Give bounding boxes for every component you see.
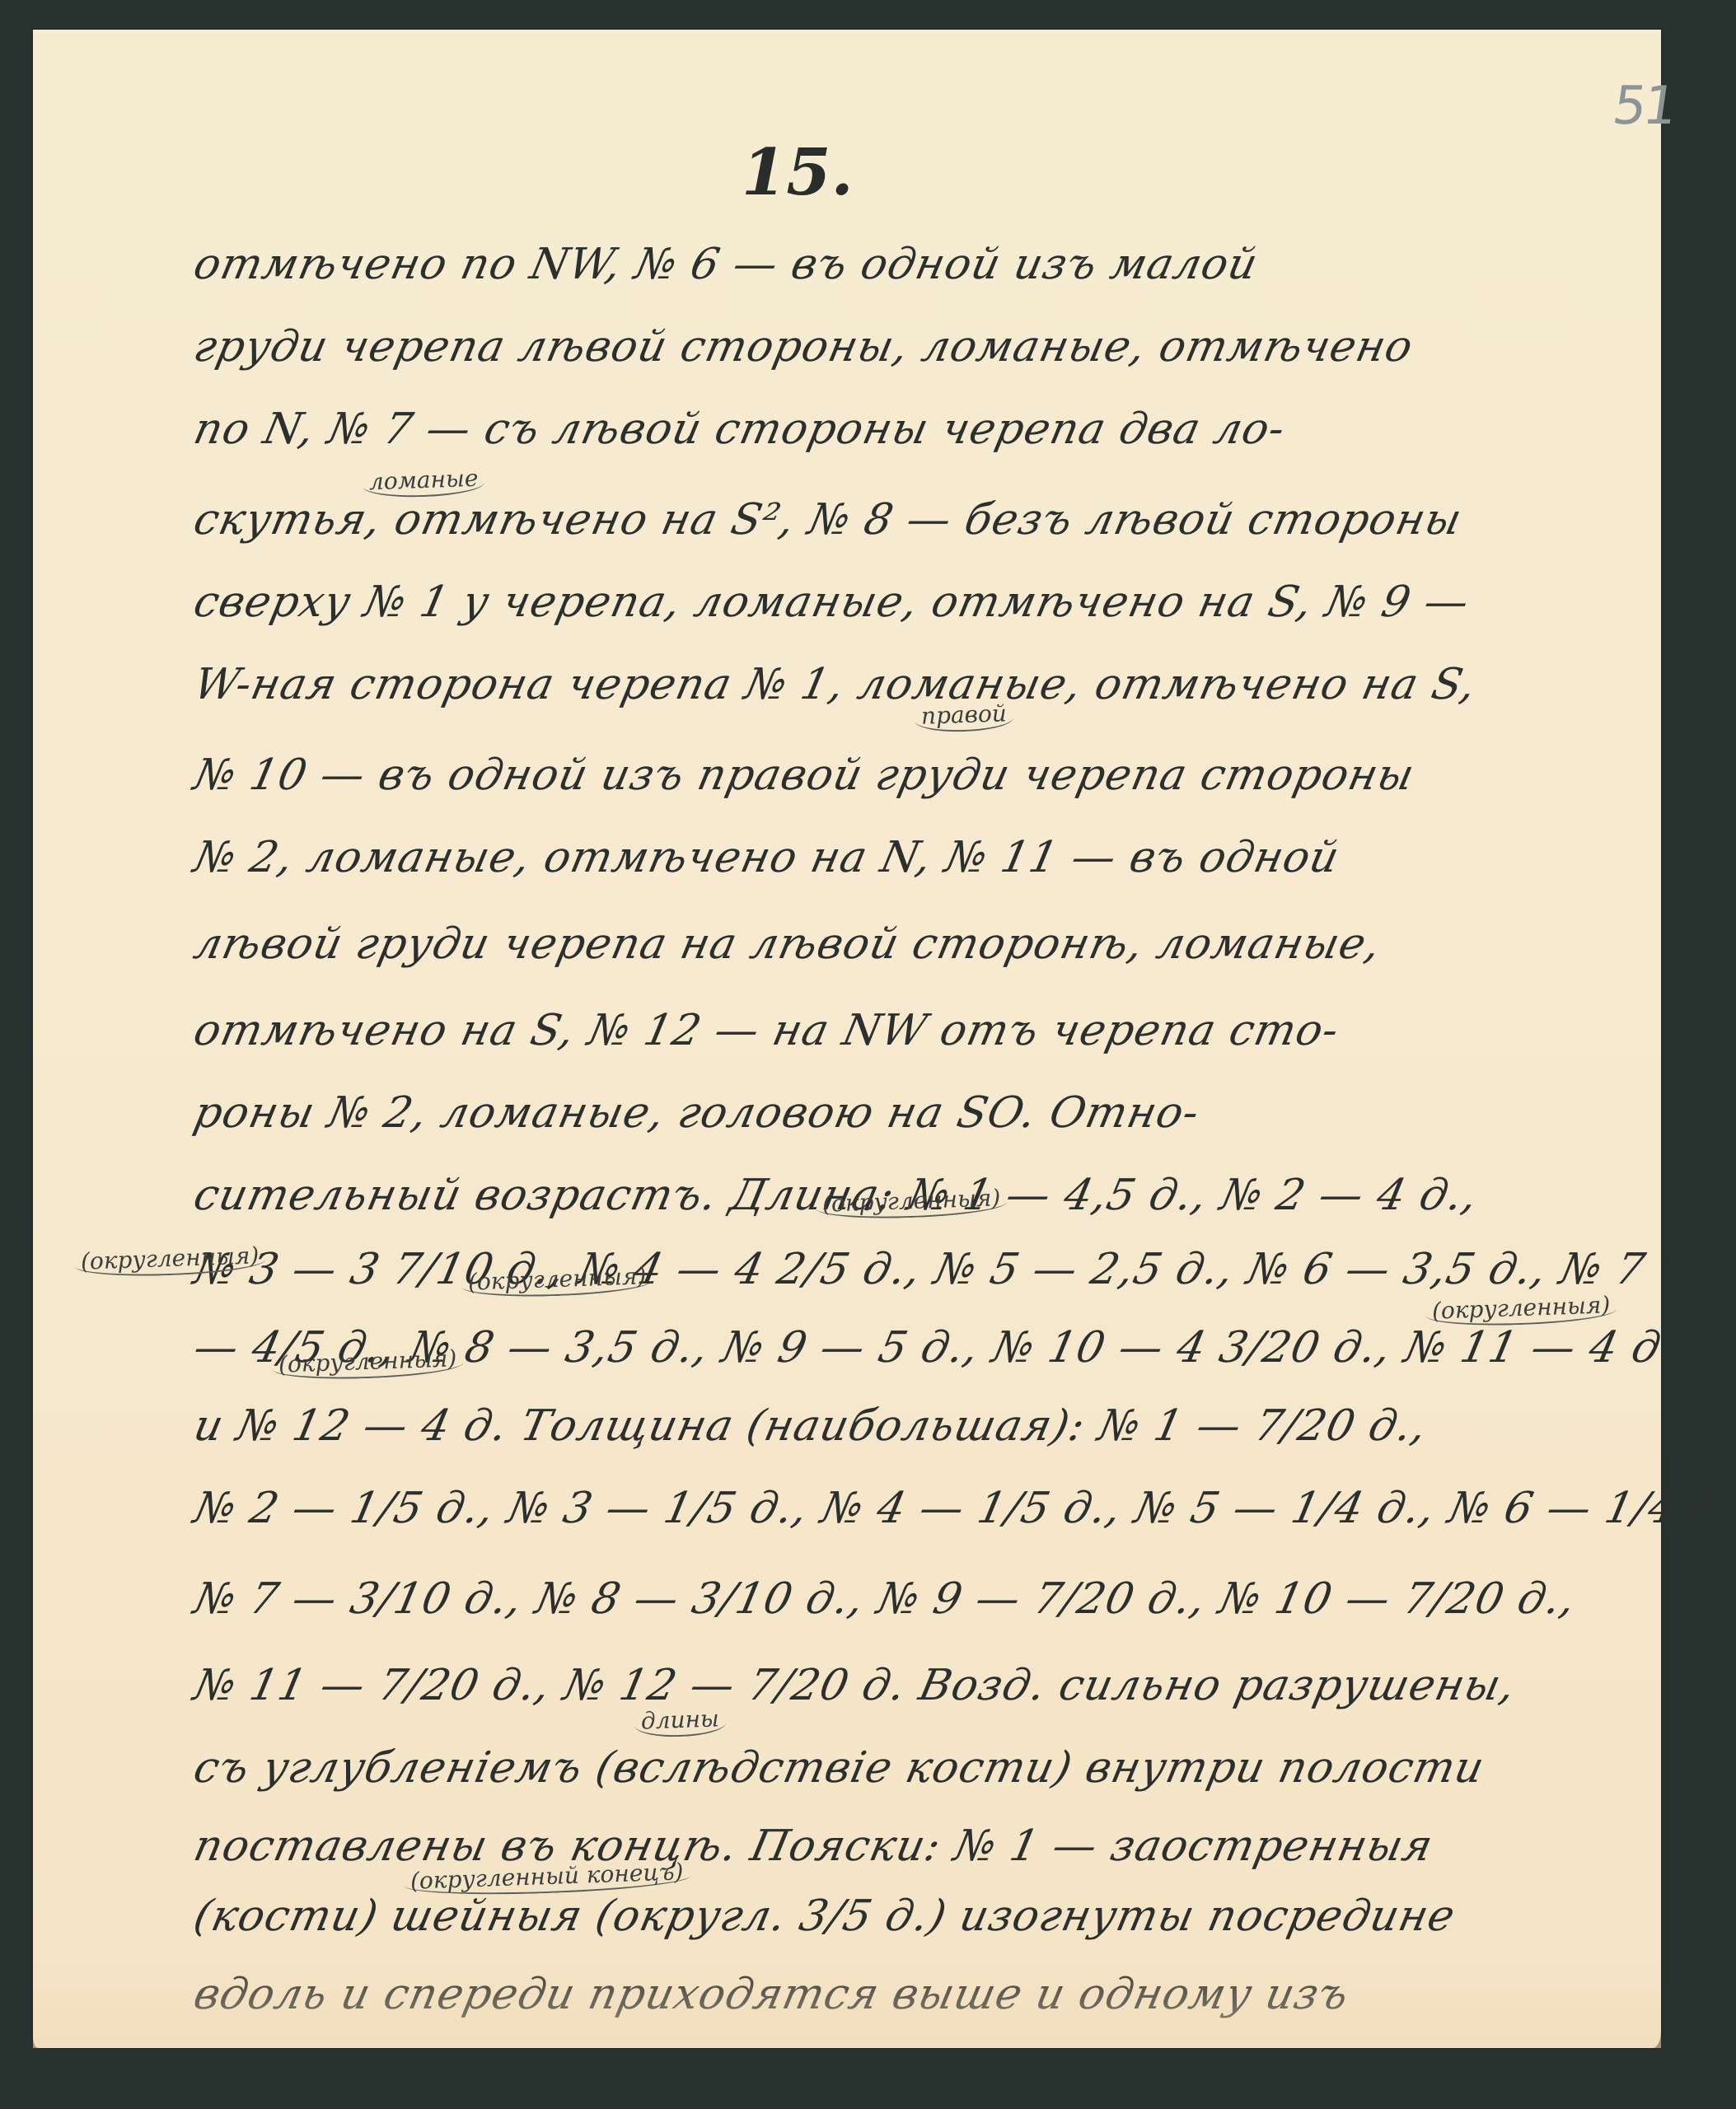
text-line: № 7 — 3/10 д., № 8 — 3/10 д., № 9 — 7/20… xyxy=(190,1574,1580,1624)
text-line: № 2, ломаные, отмѣчено на N, № 11 — въ о… xyxy=(190,833,1344,882)
manuscript-scan: 51 15. отмѣчено по NW, № 6 — въ одной из… xyxy=(0,0,1736,2109)
interlinear-annotation: ломаные xyxy=(362,464,485,498)
text-line: съ углубленіемъ (вслѣдствіе кости) внутр… xyxy=(190,1743,1489,1793)
text-line: и № 12 — 4 д. Толщина (наибольшая): № 1 … xyxy=(190,1401,1432,1451)
text-line: № 2 — 1/5 д., № 3 — 1/5 д., № 4 — 1/5 д.… xyxy=(190,1484,1736,1533)
page-number: 15. xyxy=(742,135,854,210)
text-line: лѣвой груди черепа на лѣвой сторонѣ, лом… xyxy=(190,919,1386,969)
text-line: № 10 — въ одной изъ правой груди черепа … xyxy=(190,751,1419,800)
text-line: роны № 2, ломаные, головою на SO. Отно- xyxy=(190,1088,1204,1138)
text-line: отмѣчено по NW, № 6 — въ одной изъ малой xyxy=(190,240,1262,289)
text-line: скутья, отмѣчено на S², № 8 — безъ лѣвой… xyxy=(190,495,1467,545)
interlinear-annotation: длины xyxy=(634,1705,726,1738)
text-line: № 11 — 7/20 д., № 12 — 7/20 д. Возд. сил… xyxy=(190,1661,1520,1710)
text-line: вдоль и спереди приходятся выше и одному… xyxy=(190,1970,1354,2019)
text-line: сверху № 1 у черепа, ломаные, отмѣчено н… xyxy=(190,578,1474,627)
interlinear-annotation: (округленныя) xyxy=(271,1344,464,1382)
text-line: по N, № 7 — съ лѣвой стороны черепа два … xyxy=(190,404,1290,454)
text-line: отмѣчено на S, № 12 — на NW отъ черепа с… xyxy=(190,1006,1344,1055)
archive-folio-number: 51 xyxy=(1609,76,1678,137)
interlinear-annotation: правой xyxy=(914,699,1013,733)
text-line: поставлены въ концѣ. Пояски: № 1 — заост… xyxy=(190,1821,1438,1871)
manuscript-page: 51 15. отмѣчено по NW, № 6 — въ одной из… xyxy=(33,30,1661,2048)
text-line: W-ная сторона черепа № 1, ломаные, отмѣч… xyxy=(190,660,1481,709)
text-line: (кости) шейныя (округл. 3/5 д.) изогнуты… xyxy=(190,1892,1460,1941)
text-line: груди черепа лѣвой стороны, ломаные, отм… xyxy=(190,322,1418,372)
text-line: № 3 — 3 7/10 д., № 4 — 4 2/5 д., № 5 — 2… xyxy=(190,1245,1649,1294)
